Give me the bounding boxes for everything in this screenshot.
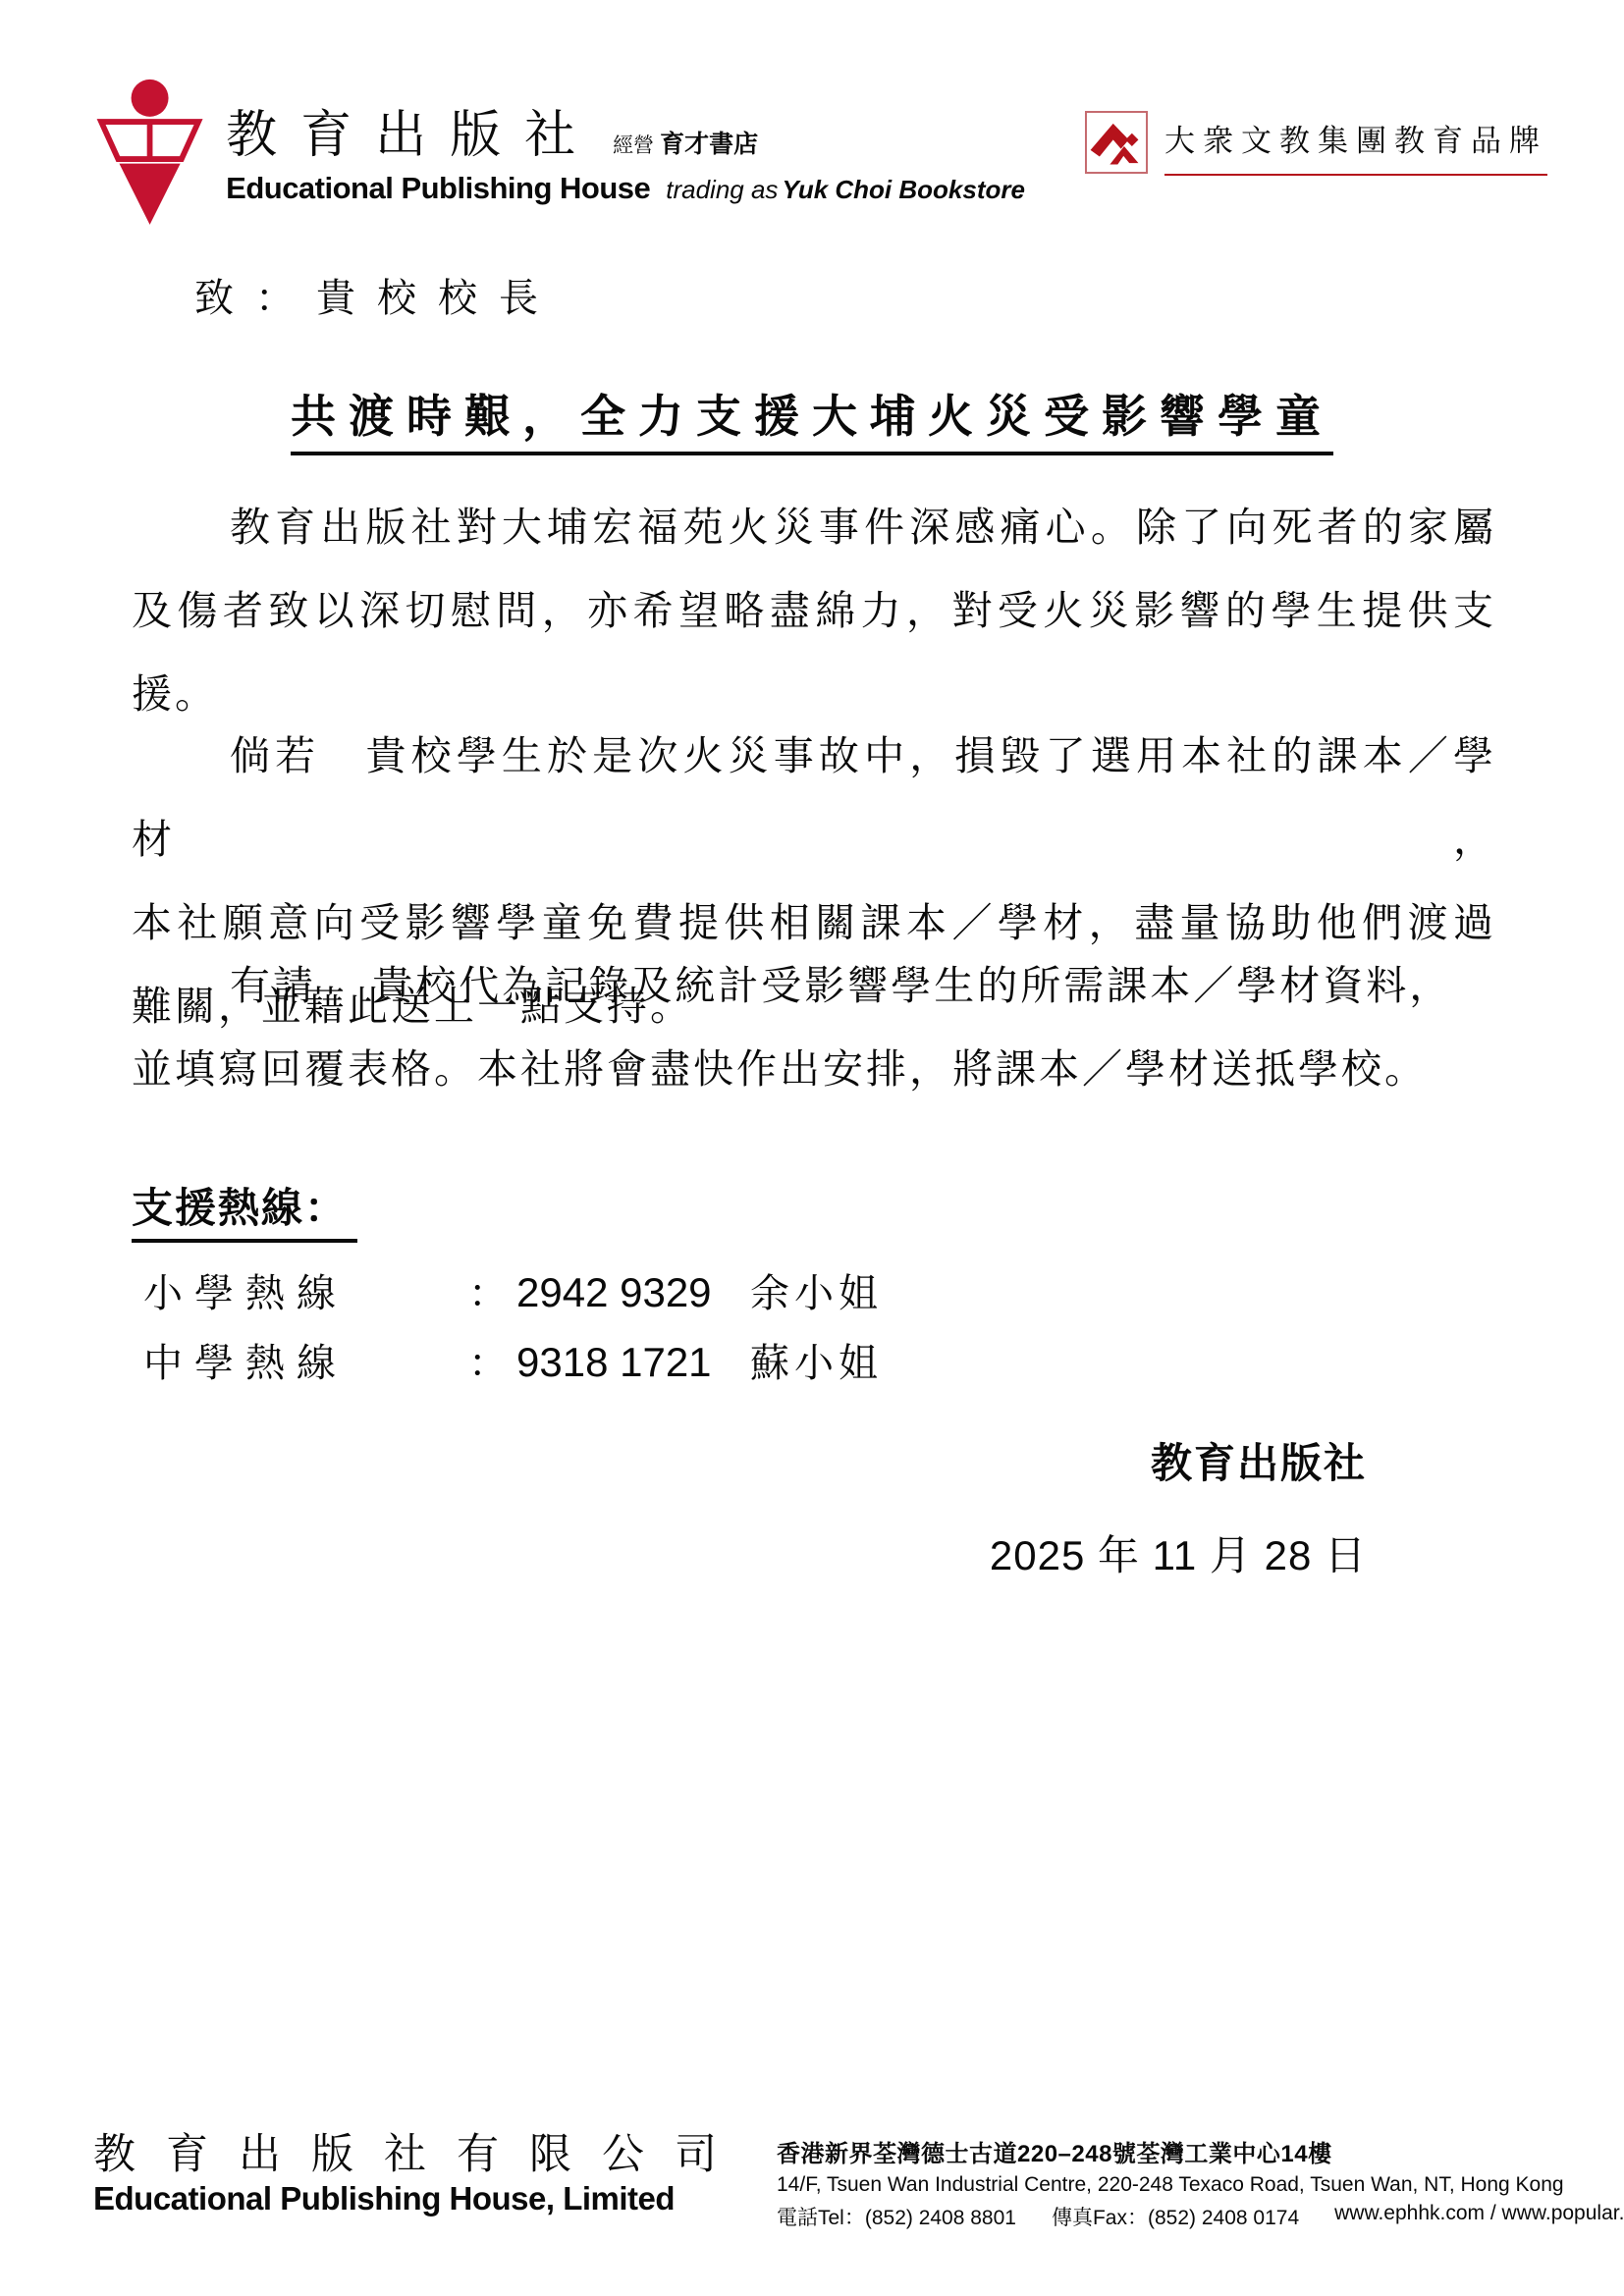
popular-group-icon (1084, 110, 1149, 175)
letter-page: 教育出版社 經營育才書店 Educational Publishing Hous… (0, 0, 1624, 2296)
recipient-line: 致：貴校校長 (194, 267, 560, 323)
hotline-secondary-contact: 蘇小姐 (750, 1329, 883, 1398)
hotline-primary-colon: ： (460, 1259, 516, 1328)
paragraph-1-line-2: 及傷者致以深切慰問，亦希望略盡綿力，對受火災影響的學生提供支 (132, 569, 1496, 653)
hotline-row-secondary: 中學熱線 ： 9318 1721 蘇小姐 (132, 1328, 1496, 1398)
footer-tel: 電話Tel：(852) 2408 8801 (777, 2202, 1016, 2231)
hotline-secondary-colon: ： (460, 1329, 516, 1398)
hotline-primary-contact: 余小姐 (750, 1259, 883, 1328)
popular-group-logo: 大衆文教集團教育品牌 (1084, 110, 1547, 176)
title-wrap: 共渡時艱，全力支援大埔火災受影響學童 (0, 381, 1624, 455)
eph-chinese-name: 教育出版社 (226, 110, 599, 161)
footer: 教育出版社有限公司 Educational Publishing House, … (93, 2132, 1565, 2231)
hotline-heading: 支援熱線： (132, 1176, 357, 1243)
popular-tagline-underline: 大衆文教集團教育品牌 (1164, 116, 1547, 176)
eph-english-name: Educational Publishing House (226, 171, 650, 206)
signature-company: 教育出版社 (132, 1431, 1367, 1490)
hotline-row-primary: 小學熱線 ： 2942 9329 余小姐 (132, 1258, 1496, 1328)
hotline-secondary-label: 中學熱線 (132, 1329, 460, 1398)
signature-block: 教育出版社 2025 年 11 月 28 日 (132, 1431, 1367, 1582)
eph-trading-cn-name: 育才書店 (660, 131, 758, 158)
letter-title: 共渡時艱，全力支援大埔火災受影響學童 (291, 381, 1333, 455)
footer-fax: 傳真Fax：(852) 2408 0174 (1052, 2202, 1299, 2231)
eph-trading-chinese: 經營育才書店 (613, 125, 758, 160)
footer-address-chinese: 香港新界荃灣德士古道220–248號荃灣工業中心14樓 (777, 2134, 1624, 2168)
eph-trading-en-prefix: trading as (666, 175, 778, 204)
popular-tagline: 大衆文教集團教育品牌 (1164, 124, 1547, 158)
footer-address-english: 14/F, Tsuen Wan Industrial Centre, 220-2… (777, 2173, 1624, 2197)
signature-date: 2025 年 11 月 28 日 (132, 1523, 1367, 1582)
header: 教育出版社 經營育才書店 Educational Publishing Hous… (93, 77, 1547, 226)
paragraph-2-line-1: 倘若 貴校學生於是次火災事故中，損毀了選用本社的課本／學材， (132, 715, 1496, 881)
paragraph-3-line-2: 並填寫回覆表格。本社將會盡快作出安排，將課本／學材送抵學校。 (132, 1028, 1496, 1111)
footer-company-block: 教育出版社有限公司 Educational Publishing House, … (93, 2132, 747, 2217)
paragraph-1: 教育出版社對大埔宏福苑火災事件深感痛心。除了向死者的家屬 及傷者致以深切慰問，亦… (132, 486, 1496, 736)
eph-trading-english: trading asYuk Choi Bookstore (666, 175, 1025, 205)
hotline-primary-label: 小學熱線 (132, 1259, 460, 1328)
paragraph-3: 有請 貴校代為記錄及統計受影響學生的所需課本／學材資料， 並填寫回覆表格。本社將… (132, 944, 1496, 1111)
eph-logo: 教育出版社 經營育才書店 Educational Publishing Hous… (93, 77, 1025, 226)
footer-address-block: 香港新界荃灣德士古道220–248號荃灣工業中心14樓 14/F, Tsuen … (777, 2132, 1624, 2231)
paragraph-3-line-1: 有請 貴校代為記錄及統計受影響學生的所需課本／學材資料， (132, 944, 1496, 1028)
hotline-section: 支援熱線： 小學熱線 ： 2942 9329 余小姐 中學熱線 ： 9318 1… (132, 1176, 1496, 1398)
hotline-primary-number: 2942 9329 (516, 1258, 750, 1327)
footer-company-english: Educational Publishing House, Limited (93, 2180, 747, 2217)
eph-trading-cn-prefix: 經營 (613, 134, 654, 157)
footer-websites: www.ephhk.com / www.popular.com.hk (1334, 2202, 1624, 2231)
eph-reader-icon (93, 77, 206, 226)
footer-contact-line: 電話Tel：(852) 2408 8801 傳真Fax：(852) 2408 0… (777, 2202, 1624, 2231)
eph-trading-en-name: Yuk Choi Bookstore (782, 175, 1025, 204)
paragraph-1-line-1: 教育出版社對大埔宏福苑火災事件深感痛心。除了向死者的家屬 (132, 486, 1496, 569)
hotline-secondary-number: 9318 1721 (516, 1328, 750, 1397)
eph-logo-text: 教育出版社 經營育才書店 Educational Publishing Hous… (226, 77, 1025, 226)
footer-company-chinese: 教育出版社有限公司 (93, 2132, 747, 2178)
